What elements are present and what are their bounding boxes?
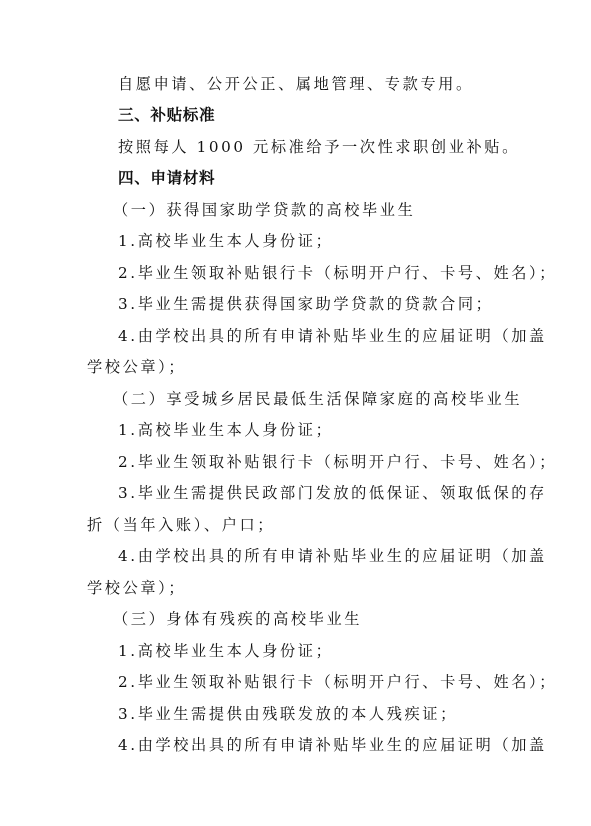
- list-item: 3.毕业生需提供获得国家助学贷款的贷款合同；: [118, 294, 493, 314]
- list-item: 4.由学校出具的所有申请补贴毕业生的应届证明（加盖: [118, 326, 547, 346]
- list-item: 3.毕业生需提供由残联发放的本人残疾证；: [118, 704, 458, 724]
- group-title-student-loan: （一）获得国家助学贷款的高校毕业生: [113, 200, 415, 220]
- section-heading-subsidy-standard: 三、补贴标准: [118, 105, 215, 125]
- list-item: 2.毕业生领取补贴银行卡（标明开户行、卡号、姓名）；: [118, 263, 557, 283]
- group-title-minimum-living-security: （二）享受城乡居民最低生活保障家庭的高校毕业生: [113, 389, 522, 409]
- list-item: 2.毕业生领取补贴银行卡（标明开户行、卡号、姓名）；: [118, 672, 557, 692]
- section-heading-application-materials: 四、申请材料: [118, 168, 215, 188]
- list-item: 2.毕业生领取补贴银行卡（标明开户行、卡号、姓名）；: [118, 452, 557, 472]
- list-item: 1.高校毕业生本人身份证；: [118, 231, 333, 251]
- list-item: 1.高校毕业生本人身份证；: [118, 420, 333, 440]
- list-item: 1.高校毕业生本人身份证；: [118, 641, 333, 661]
- group-title-disabled-graduates: （三）身体有残疾的高校毕业生: [113, 609, 362, 629]
- list-item-continuation: 学校公章）；: [87, 357, 186, 377]
- subsidy-standard-paragraph: 按照每人 1000 元标准给予一次性求职创业补贴。: [118, 137, 520, 157]
- list-item: 4.由学校出具的所有申请补贴毕业生的应届证明（加盖: [118, 735, 547, 755]
- list-item: 3.毕业生需提供民政部门发放的低保证、领取低保的存: [118, 483, 547, 503]
- document-page: 自愿申请、公开公正、属地管理、专款专用。 三、补贴标准 按照每人 1000 元标…: [0, 0, 591, 826]
- list-item: 4.由学校出具的所有申请补贴毕业生的应届证明（加盖: [118, 546, 547, 566]
- list-item-continuation: 学校公章）；: [87, 578, 186, 598]
- list-item-continuation: 折（当年入账）、户口；: [87, 515, 275, 535]
- principles-paragraph-tail: 自愿申请、公开公正、属地管理、专款专用。: [118, 74, 474, 94]
